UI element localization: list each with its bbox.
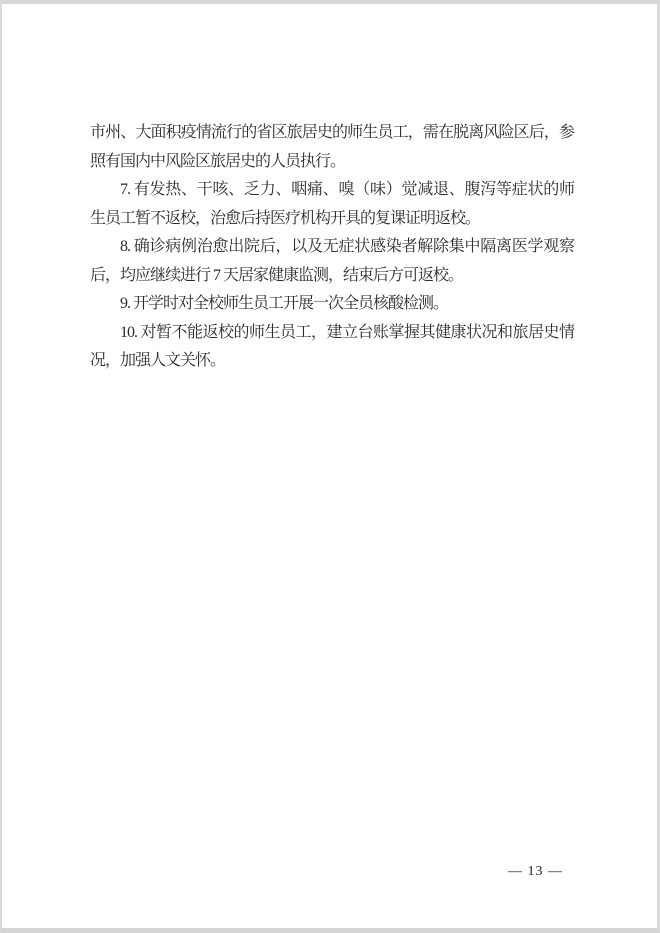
text-line: 7. 有发热、干咳、乏力、咽痛、嗅（味）觉减退、腹泻等症状的师	[90, 176, 574, 205]
document-body: 市州、大面积疫情流行的省区旅居史的师生员工，需在脱离风险区后，参照有国内中风险区…	[90, 119, 574, 376]
text-line: 10. 对暂不能返校的师生员工，建立台账掌握其健康状况和旅居史情	[90, 319, 574, 348]
text-line: 9. 开学时对全校师生员工开展一次全员核酸检测。	[90, 290, 574, 319]
paragraph: 10. 对暂不能返校的师生员工，建立台账掌握其健康状况和旅居史情况，加强人文关怀…	[90, 319, 574, 376]
text-line: 照有国内中风险区旅居史的人员执行。	[90, 148, 574, 177]
text-line: 况，加强人文关怀。	[90, 347, 574, 376]
text-line: 后，均应继续进行 7 天居家健康监测，结束后方可返校。	[90, 262, 574, 291]
paragraph: 7. 有发热、干咳、乏力、咽痛、嗅（味）觉减退、腹泻等症状的师生员工暂不返校，治…	[90, 176, 574, 233]
paragraph: 市州、大面积疫情流行的省区旅居史的师生员工，需在脱离风险区后，参照有国内中风险区…	[90, 119, 574, 176]
document-page: 市州、大面积疫情流行的省区旅居史的师生员工，需在脱离风险区后，参照有国内中风险区…	[0, 0, 660, 933]
paragraph: 9. 开学时对全校师生员工开展一次全员核酸检测。	[90, 290, 574, 319]
text-line: 8. 确诊病例治愈出院后，以及无症状感染者解除集中隔离医学观察	[90, 233, 574, 262]
page-number: — 13 —	[508, 863, 563, 881]
text-line: 生员工暂不返校，治愈后持医疗机构开具的复课证明返校。	[90, 205, 574, 234]
paragraph: 8. 确诊病例治愈出院后，以及无症状感染者解除集中隔离医学观察后，均应继续进行 …	[90, 233, 574, 290]
text-line: 市州、大面积疫情流行的省区旅居史的师生员工，需在脱离风险区后，参	[90, 119, 574, 148]
